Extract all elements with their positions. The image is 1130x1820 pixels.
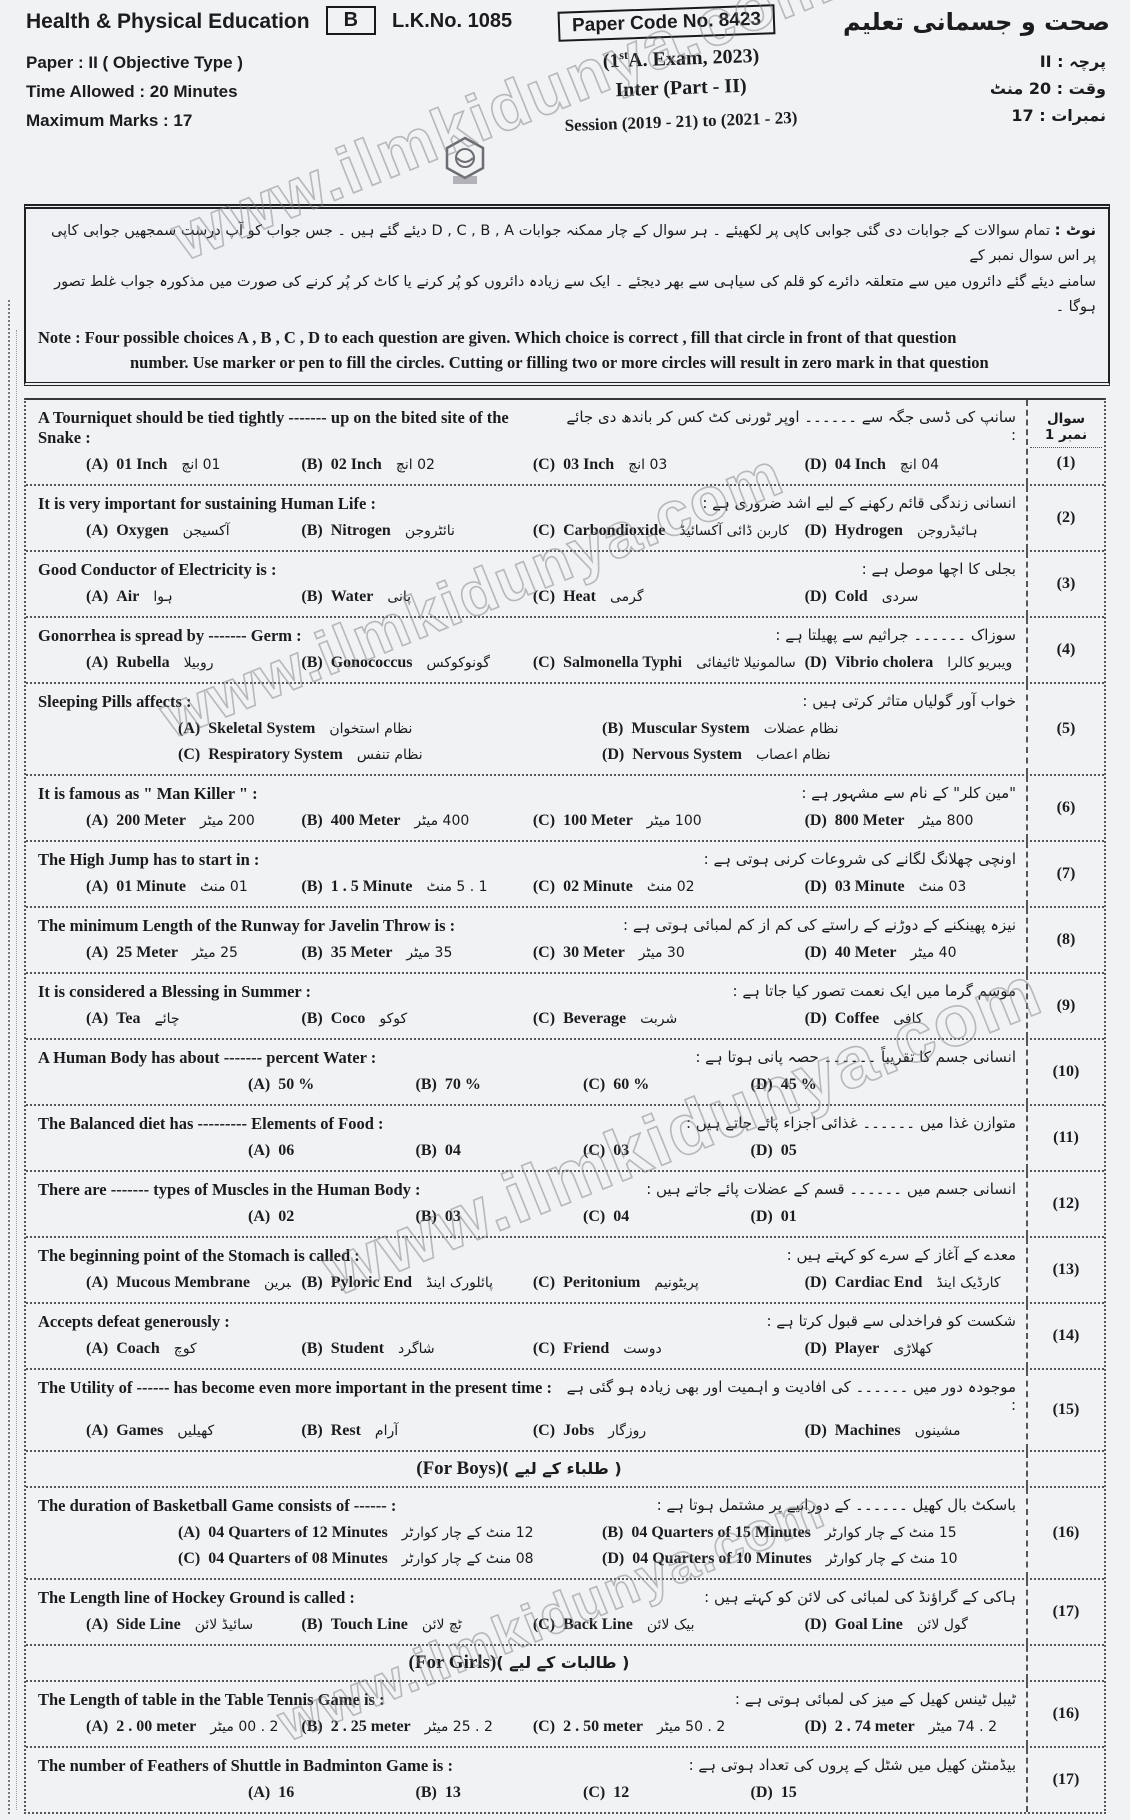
option-text-ur: گرمی: [610, 589, 644, 605]
question-main: The duration of Basketball Game consists…: [26, 1488, 1026, 1578]
option: (C)Peritoniumپریٹونیم: [533, 1274, 795, 1292]
option: (B)35 Meter35 میٹر: [301, 944, 522, 962]
question-main: The beginning point of the Stomach is ca…: [26, 1238, 1026, 1302]
header-left-column: Paper : II ( Objective Type ) Time Allow…: [26, 44, 466, 140]
section-title-en: (For Boys): [416, 1458, 502, 1479]
option-text-en: Coach: [116, 1340, 160, 1357]
option-text-en: 02: [278, 1208, 294, 1225]
question-number-cell: (13): [1026, 1238, 1104, 1302]
option-text-ur: 25 میٹر: [192, 945, 238, 961]
option-text-ur: 03 انچ: [628, 457, 667, 473]
option-text-en: 03 Inch: [563, 456, 614, 473]
option-key: (B): [416, 1784, 437, 1801]
option-key: (A): [248, 1142, 270, 1159]
question-number-cell: (9): [1026, 974, 1104, 1038]
question-topline: The Balanced diet has --------- Elements…: [38, 1114, 1016, 1134]
option-text-ur: چائے: [155, 1011, 180, 1027]
option: (C)30 Meter30 میٹر: [533, 944, 795, 962]
option-text-ur: 200 میٹر: [200, 813, 255, 829]
question-topline: The Utility of ------ has become even mo…: [38, 1378, 1016, 1414]
question-main: There are ------- types of Muscles in th…: [26, 1172, 1026, 1236]
option-key: (A): [86, 812, 108, 829]
option-text-en: 04 Inch: [835, 456, 886, 473]
option-text-en: 2 . 00 meter: [116, 1718, 196, 1735]
option-text-en: 2 . 25 meter: [331, 1718, 411, 1735]
question-main: The minimum Length of the Runway for Jav…: [26, 908, 1026, 972]
option: (A)01 Minute01 منٹ: [86, 878, 291, 896]
option-text-ur: گونوکوکس: [426, 655, 489, 671]
option: (A)Rubellaروبیلا: [86, 654, 291, 672]
question-main: A Human Body has about ------- percent W…: [26, 1040, 1026, 1104]
option-text-en: 13: [445, 1784, 461, 1801]
option-key: (C): [533, 522, 555, 539]
question-text-ur: سوزاک ۔۔۔۔۔۔ جراثیم سے پھیلتا ہے :: [775, 626, 1016, 644]
option-key: (B): [301, 944, 322, 961]
option-text-en: 04: [613, 1208, 629, 1225]
option: (D)800 Meter800 میٹر: [805, 812, 1016, 830]
option-key: (C): [533, 1422, 555, 1439]
question-row: The Length of table in the Table Tennis …: [26, 1682, 1104, 1748]
option: (D)04 Quarters of 10 Minutes10 منٹ کے چا…: [602, 1550, 1016, 1568]
option-key: (B): [416, 1076, 437, 1093]
option-text-en: 16: [278, 1784, 294, 1801]
header-center-column: (1stA. Exam, 2023) Inter (Part - II) Ses…: [466, 44, 896, 140]
question-text-ur: "مین کلر" کے نام سے مشہور ہے :: [801, 784, 1016, 802]
option-text-en: Jobs: [563, 1422, 594, 1439]
option-text-en: 70 %: [445, 1076, 481, 1093]
question-main: The number of Feathers of Shuttle in Bad…: [26, 1748, 1026, 1812]
board-seal-logo: [443, 136, 487, 191]
option-text-en: 04 Quarters of 12 Minutes: [208, 1524, 388, 1541]
option-text-ur: 2 . 74 میٹر: [929, 1719, 997, 1735]
option-text-ur: نظام عضلات: [764, 721, 839, 737]
option-key: (C): [533, 654, 555, 671]
option-text-en: 2 . 74 meter: [835, 1718, 915, 1735]
option-key: (B): [602, 1524, 623, 1541]
option-key: (D): [602, 746, 624, 763]
option-key: (A): [86, 1010, 108, 1027]
question-row: The Balanced diet has --------- Elements…: [26, 1106, 1104, 1172]
option-text-ur: 03 منٹ: [919, 879, 967, 895]
option-text-en: Games: [116, 1422, 163, 1439]
options-row: (A)Gamesکھیلیں(B)Restآرام(C)Jobsروزگار(D…: [86, 1422, 1016, 1440]
question-text-en: The High Jump has to start in :: [38, 850, 259, 870]
question-main: It is famous as " Man Killer " :"مین کلر…: [26, 776, 1026, 840]
option: (A)Airہوا: [86, 588, 291, 606]
question-text-en: The minimum Length of the Runway for Jav…: [38, 916, 455, 936]
question-number: (16): [1053, 1524, 1080, 1542]
option-key: (A): [86, 1340, 108, 1357]
question-row: Accepts defeat generously :شکست کو فراخد…: [26, 1304, 1104, 1370]
option-text-ur: میوکس ممبرین: [264, 1275, 291, 1291]
question-number-cell: (8): [1026, 908, 1104, 972]
section-heading: (For Boys)( طلباء کے لیے ): [26, 1452, 1026, 1486]
option-key: (A): [248, 1784, 270, 1801]
option-text-en: 05: [781, 1142, 797, 1159]
question-text-en: Good Conductor of Electricity is :: [38, 560, 276, 580]
question-text-ur: انسانی جسم میں ۔۔۔۔۔۔ قسم کے عضلات پائے …: [646, 1180, 1016, 1198]
options-row: (A)Rubellaروبیلا(B)Gonococcusگونوکوکس(C)…: [86, 654, 1016, 672]
option-key: (C): [533, 1274, 555, 1291]
option-text-en: 25 Meter: [116, 944, 178, 961]
option: (A)Teaچائے: [86, 1010, 291, 1028]
option-text-en: 30 Meter: [563, 944, 625, 961]
option-text-ur: 04 انچ: [900, 457, 939, 473]
options-row: (A)06(B)04(C)03(D)05: [248, 1142, 908, 1160]
option: (C)12: [583, 1784, 741, 1802]
option-key: (A): [248, 1076, 270, 1093]
question-text-ur: سانپ کی ڈسی جگہ سے ۔۔۔۔۔۔ اوپر ٹورنی کٹ …: [566, 408, 1016, 444]
option-key: (A): [86, 878, 108, 895]
question-number-cell: (4): [1026, 618, 1104, 682]
question-main: Accepts defeat generously :شکست کو فراخد…: [26, 1304, 1026, 1368]
option-key: (A): [86, 588, 108, 605]
question-number-cell: (11): [1026, 1106, 1104, 1170]
options-row: (A)Side Lineسائیڈ لائن(B)Touch Lineٹچ لا…: [86, 1616, 1016, 1634]
header-urdu-column: پرچہ : II وقت : 20 منٹ نمبرات : 17: [896, 44, 1116, 140]
option-text-ur: 15 منٹ کے چار کوارٹر: [825, 1525, 957, 1541]
question-main: A Tourniquet should be tied tightly ----…: [26, 400, 1026, 484]
question-text-en: The Utility of ------ has become even mo…: [38, 1378, 552, 1398]
question-main: It is considered a Blessing in Summer :م…: [26, 974, 1026, 1038]
option: (A)Mucous Membraneمیوکس ممبرین: [86, 1274, 291, 1292]
question-text-ur: موسم گرما میں ایک نعمت تصور کیا جاتا ہے …: [733, 982, 1016, 1000]
option-text-en: Respiratory System: [208, 746, 343, 763]
option-text-en: 04 Quarters of 15 Minutes: [631, 1524, 811, 1541]
question-text-ur: اونچی چھلانگ لگانے کی شروعات کرنی ہوتی ہ…: [704, 850, 1016, 868]
question-text-en: The Balanced diet has --------- Elements…: [38, 1114, 384, 1134]
question-row: It is considered a Blessing in Summer :م…: [26, 974, 1104, 1040]
option-key: (A): [86, 654, 108, 671]
note-english-line2: number. Use marker or pen to fill the ci…: [130, 350, 1096, 376]
question-text-en: It is famous as " Man Killer " :: [38, 784, 258, 804]
option: (D)15: [751, 1784, 909, 1802]
question-row: The beginning point of the Stomach is ca…: [26, 1238, 1104, 1304]
option: (A)02: [248, 1208, 406, 1226]
option: (C)Respiratory Systemنظام تنفس: [178, 746, 592, 764]
option-key: (A): [86, 1274, 108, 1291]
option-text-en: Nervous System: [632, 746, 742, 763]
question-topline: Sleeping Pills affects :خواب آور گولیاں …: [38, 692, 1016, 712]
question-text-en: Gonorrhea is spread by ------- Germ :: [38, 626, 302, 646]
option-key: (C): [533, 1010, 555, 1027]
question-topline: The High Jump has to start in :اونچی چھل…: [38, 850, 1016, 870]
option: (A)2 . 00 meter2 . 00 میٹر: [86, 1718, 291, 1736]
option: (C)Friendدوست: [533, 1340, 795, 1358]
paper-version-box: B: [326, 6, 376, 35]
options-row: (A)01 Minute01 منٹ(B)1 . 5 Minute1 . 5 م…: [86, 878, 1016, 896]
option-text-en: 04 Quarters of 10 Minutes: [632, 1550, 812, 1567]
option-text-ur: 01 منٹ: [200, 879, 248, 895]
section-title-ur: ( طلباء کے لیے ): [502, 1459, 622, 1478]
option-text-en: Rest: [331, 1422, 361, 1439]
exam-paper-page: www.ilmkidunya.com www.ilmkidunya.com ww…: [0, 0, 1130, 1820]
option-key: (D): [751, 1076, 773, 1093]
question-number-cell: (5): [1026, 684, 1104, 774]
option-text-ur: کافی: [893, 1011, 922, 1027]
option: (D)Playerکھلاڑی: [805, 1340, 1016, 1358]
option-key: (C): [533, 878, 555, 895]
option-text-ur: 08 منٹ کے چار کوارٹر: [402, 1551, 534, 1567]
option-text-ur: آکسیجن: [183, 523, 230, 539]
option-key: (C): [583, 1784, 605, 1801]
option-text-ur: نظام اعصاب: [756, 747, 831, 763]
question-number-cell: (14): [1026, 1304, 1104, 1368]
option-text-en: Nitrogen: [331, 522, 391, 539]
option-key: (A): [86, 522, 108, 539]
question-number: (5): [1057, 720, 1076, 738]
question-number: (9): [1057, 997, 1076, 1015]
option-text-ur: آرام: [375, 1423, 398, 1439]
option: (A)06: [248, 1142, 406, 1160]
option-key: (D): [805, 1422, 827, 1439]
question-number-cell: [1026, 1452, 1104, 1486]
option-key: (D): [751, 1208, 773, 1225]
option: (D)45 %: [751, 1076, 909, 1094]
question-text-ur: شکست کو فراخدلی سے قبول کرتا ہے :: [766, 1312, 1016, 1330]
option-key: (D): [805, 588, 827, 605]
options-row: (A)01 Inch01 انچ(B)02 Inch02 انچ(C)03 In…: [86, 456, 1016, 474]
option-key: (D): [805, 1274, 827, 1291]
option-text-ur: پریٹونیم: [654, 1275, 698, 1291]
option-text-ur: 100 میٹر: [647, 813, 702, 829]
options-row: (A)Teaچائے(B)Cocoکوکو(C)Beverageشربت(D)C…: [86, 1010, 1016, 1028]
question-text-en: Sleeping Pills affects :: [38, 692, 192, 712]
option-text-en: 1 . 5 Minute: [331, 878, 413, 895]
option-text-en: Heat: [563, 588, 596, 605]
option: (A)Coachکوچ: [86, 1340, 291, 1358]
option: (D)Hydrogenہائیڈروجن: [805, 522, 1016, 540]
option-text-en: Water: [331, 588, 374, 605]
options-row: (A)25 Meter25 میٹر(B)35 Meter35 میٹر(C)3…: [86, 944, 1016, 962]
binding-edge-line: [8, 300, 10, 1814]
paper-header: Health & Physical Education B L.K.No. 10…: [0, 0, 1130, 140]
option-key: (D): [805, 1718, 827, 1735]
option-text-ur: گول لائن: [917, 1617, 968, 1633]
option-text-en: Skeletal System: [208, 720, 315, 737]
option-key: (D): [805, 1616, 827, 1633]
option-text-en: Tea: [116, 1010, 140, 1027]
option: (B)Gonococcusگونوکوکس: [301, 654, 522, 672]
option: (C)Jobsروزگار: [533, 1422, 795, 1440]
option: (C)04 Quarters of 08 Minutes08 منٹ کے چا…: [178, 1550, 592, 1568]
question-main: Gonorrhea is spread by ------- Germ :سوز…: [26, 618, 1026, 682]
question-number: (11): [1053, 1129, 1079, 1147]
option-key: (D): [805, 456, 827, 473]
options-row: (A)Oxygenآکسیجن(B)Nitrogenنائٹروجن(C)Car…: [86, 522, 1016, 540]
option-key: (C): [533, 588, 555, 605]
question-text-en: A Human Body has about ------- percent W…: [38, 1048, 376, 1068]
option: (B)Muscular Systemنظام عضلات: [602, 720, 1016, 738]
option-text-ur: سردی: [882, 589, 919, 605]
option: (C)03: [583, 1142, 741, 1160]
section-title-ur: ( طالبات کے لیے ): [496, 1653, 629, 1672]
option-text-ur: کاربن ڈائی آکسائیڈ: [679, 523, 789, 539]
question-number-cell: (16): [1026, 1488, 1104, 1578]
question-number-cell: (17): [1026, 1580, 1104, 1644]
urdu-subject-title: صحت و جسمانی تعلیم: [843, 8, 1116, 36]
question-topline: The Length line of Hockey Ground is call…: [38, 1588, 1016, 1608]
question-table: A Tourniquet should be tied tightly ----…: [24, 398, 1106, 1814]
option-key: (A): [86, 1616, 108, 1633]
option-text-en: Player: [835, 1340, 879, 1357]
option-text-ur: 10 منٹ کے چار کوارٹر: [826, 1551, 958, 1567]
question-number-cell: (7): [1026, 842, 1104, 906]
option: (B)Studentشاگرد: [301, 1340, 522, 1358]
question-text-ur: انسانی زندگی قائم رکھنے کے لیے اشد ضروری…: [702, 494, 1016, 512]
option: (D)2 . 74 meter2 . 74 میٹر: [805, 1718, 1016, 1736]
option-text-ur: شربت: [640, 1011, 677, 1027]
option: (A)50 %: [248, 1076, 406, 1094]
option-text-en: Carbondioxide: [563, 522, 665, 539]
option-key: (B): [301, 522, 322, 539]
question-row: Gonorrhea is spread by ------- Germ :سوز…: [26, 618, 1104, 684]
option-text-en: 400 Meter: [331, 812, 401, 829]
option-text-en: Hydrogen: [835, 522, 903, 539]
option-text-en: 35 Meter: [331, 944, 393, 961]
option-text-en: 12: [613, 1784, 629, 1801]
section-row: (For Boys)( طلباء کے لیے ): [26, 1452, 1104, 1488]
question-number: (2): [1057, 509, 1076, 527]
option: (C)Back Lineبیک لائن: [533, 1616, 795, 1634]
options-row: (A)Coachکوچ(B)Studentشاگرد(C)Friendدوست(…: [86, 1340, 1016, 1358]
options-row: (A)Airہوا(B)Waterپانی(C)Heatگرمی(D)Coldس…: [86, 588, 1016, 606]
option-key: (A): [248, 1208, 270, 1225]
option-text-ur: 02 انچ: [396, 457, 435, 473]
question-number-cell: (10): [1026, 1040, 1104, 1104]
option-key: (A): [178, 1524, 200, 1541]
question-row: There are ------- types of Muscles in th…: [26, 1172, 1104, 1238]
options-row: (A)200 Meter200 میٹر(B)400 Meter400 میٹر…: [86, 812, 1016, 830]
option-key: (B): [301, 1340, 322, 1357]
option: (C)2 . 50 meter2 . 50 میٹر: [533, 1718, 795, 1736]
question-text-en: It is very important for sustaining Huma…: [38, 494, 376, 514]
option-text-ur: دوست: [623, 1341, 661, 1357]
question-topline: There are ------- types of Muscles in th…: [38, 1180, 1016, 1200]
question-text-en: The Length of table in the Table Tennis …: [38, 1690, 385, 1710]
option: (C)04: [583, 1208, 741, 1226]
option-text-ur: 35 میٹر: [406, 945, 452, 961]
option-text-en: Side Line: [116, 1616, 180, 1633]
option-text-en: 06: [278, 1142, 294, 1159]
question-row: It is very important for sustaining Huma…: [26, 486, 1104, 552]
question-row: The minimum Length of the Runway for Jav…: [26, 908, 1104, 974]
option: (C)60 %: [583, 1076, 741, 1094]
option-text-ur: 01 انچ: [181, 457, 220, 473]
option-text-ur: روزگار: [608, 1423, 646, 1439]
option: (B)Waterپانی: [301, 588, 522, 606]
option-text-en: 03: [613, 1142, 629, 1159]
question-text-en: It is considered a Blessing in Summer :: [38, 982, 311, 1002]
option-text-en: Beverage: [563, 1010, 626, 1027]
question-number-column-header: سوال نمبر 1: [1030, 411, 1102, 448]
question-topline: The duration of Basketball Game consists…: [38, 1496, 1016, 1516]
question-number-cell: (17): [1026, 1748, 1104, 1812]
question-topline: Gonorrhea is spread by ------- Germ :سوز…: [38, 626, 1016, 646]
option-key: (B): [301, 654, 322, 671]
option-text-ur: 02 منٹ: [647, 879, 695, 895]
option-text-en: Coco: [331, 1010, 366, 1027]
options-row: (A)04 Quarters of 12 Minutes12 منٹ کے چا…: [178, 1524, 1016, 1568]
option-key: (C): [583, 1076, 605, 1093]
option-key: (C): [178, 1550, 200, 1567]
option: (C)03 Inch03 انچ: [533, 456, 795, 474]
option-key: (C): [533, 1616, 555, 1633]
urdu-time-line: وقت : 20 منٹ: [896, 79, 1106, 98]
option: (D)05: [751, 1142, 909, 1160]
question-text-ur: معدے کے آغاز کے سرے کو کہتے ہیں :: [787, 1246, 1016, 1264]
option-text-ur: 30 میٹر: [639, 945, 685, 961]
question-row: The duration of Basketball Game consists…: [26, 1488, 1104, 1580]
option: (A)Oxygenآکسیجن: [86, 522, 291, 540]
option-text-ur: ہوا: [153, 589, 172, 605]
option-text-ur: 2 . 50 میٹر: [657, 1719, 725, 1735]
question-number-cell: (6): [1026, 776, 1104, 840]
paper-type-line: Paper : II ( Objective Type ): [26, 53, 466, 73]
question-text-en: The duration of Basketball Game consists…: [38, 1496, 396, 1516]
option: (B)70 %: [416, 1076, 574, 1094]
option-text-ur: 12 منٹ کے چار کوارٹر: [402, 1525, 534, 1541]
option-key: (B): [301, 1616, 322, 1633]
option: (C)Beverageشربت: [533, 1010, 795, 1028]
option: (B)04 Quarters of 15 Minutes15 منٹ کے چا…: [602, 1524, 1016, 1542]
option-text-ur: نظام تنفس: [357, 747, 423, 763]
option: (B)02 Inch02 انچ: [301, 456, 522, 474]
option-text-en: Gonococcus: [331, 654, 413, 671]
question-number: (8): [1057, 931, 1076, 949]
question-topline: A Tourniquet should be tied tightly ----…: [38, 408, 1016, 448]
option-text-ur: کھلاڑی: [893, 1341, 932, 1357]
session-line: Session (2019 - 21) to (2021 - 23): [466, 104, 896, 139]
question-text-ur: بیڈمنٹن کھیل میں شٹل کے پروں کی تعداد ہو…: [689, 1756, 1016, 1774]
section-heading: (For Girls)( طالبات کے لیے ): [26, 1646, 1026, 1680]
option-key: (D): [805, 1010, 827, 1027]
option-text-en: Coffee: [835, 1010, 879, 1027]
options-row: (A)02(B)03(C)04(D)01: [248, 1208, 908, 1226]
option-text-en: 45 %: [781, 1076, 817, 1093]
question-text-en: The number of Feathers of Shuttle in Bad…: [38, 1756, 453, 1776]
option-text-en: 02 Inch: [331, 456, 382, 473]
instructions-note-box: نوٹ : تمام سوالات کے جوابات دی گئی جوابی…: [24, 204, 1110, 386]
option-text-ur: شاگرد: [398, 1341, 435, 1357]
option: (A)25 Meter25 میٹر: [86, 944, 291, 962]
option-text-en: 50 %: [278, 1076, 314, 1093]
urdu-paper-line: پرچہ : II: [896, 52, 1106, 71]
option-text-ur: سالمونیلا ٹائیفائی: [696, 655, 795, 671]
option-key: (C): [533, 812, 555, 829]
question-row: The High Jump has to start in :اونچی چھل…: [26, 842, 1104, 908]
option: (A)Gamesکھیلیں: [86, 1422, 291, 1440]
question-number-cell: (3): [1026, 552, 1104, 616]
option-key: (C): [533, 1340, 555, 1357]
option: (C)Heatگرمی: [533, 588, 795, 606]
urdu-marks-line: نمبرات : 17: [896, 106, 1106, 125]
option-key: (D): [751, 1784, 773, 1801]
question-number-cell: (15): [1026, 1370, 1104, 1450]
question-text-ur: خواب آور گولیاں متاثر کرتی ہیں :: [802, 692, 1016, 710]
option-key: (A): [86, 944, 108, 961]
option: (D)Goal Lineگول لائن: [805, 1616, 1016, 1634]
option: (C)Salmonella Typhiسالمونیلا ٹائیفائی: [533, 654, 795, 672]
question-main: Good Conductor of Electricity is :بجلی ک…: [26, 552, 1026, 616]
option-text-en: Friend: [563, 1340, 609, 1357]
option-text-en: Goal Line: [835, 1616, 903, 1633]
option-text-ur: نائٹروجن: [405, 523, 455, 539]
question-number-cell: (2): [1026, 486, 1104, 550]
option: (A)Skeletal Systemنظام استخوان: [178, 720, 592, 738]
option-key: (D): [805, 654, 827, 671]
option-key: (C): [533, 944, 555, 961]
